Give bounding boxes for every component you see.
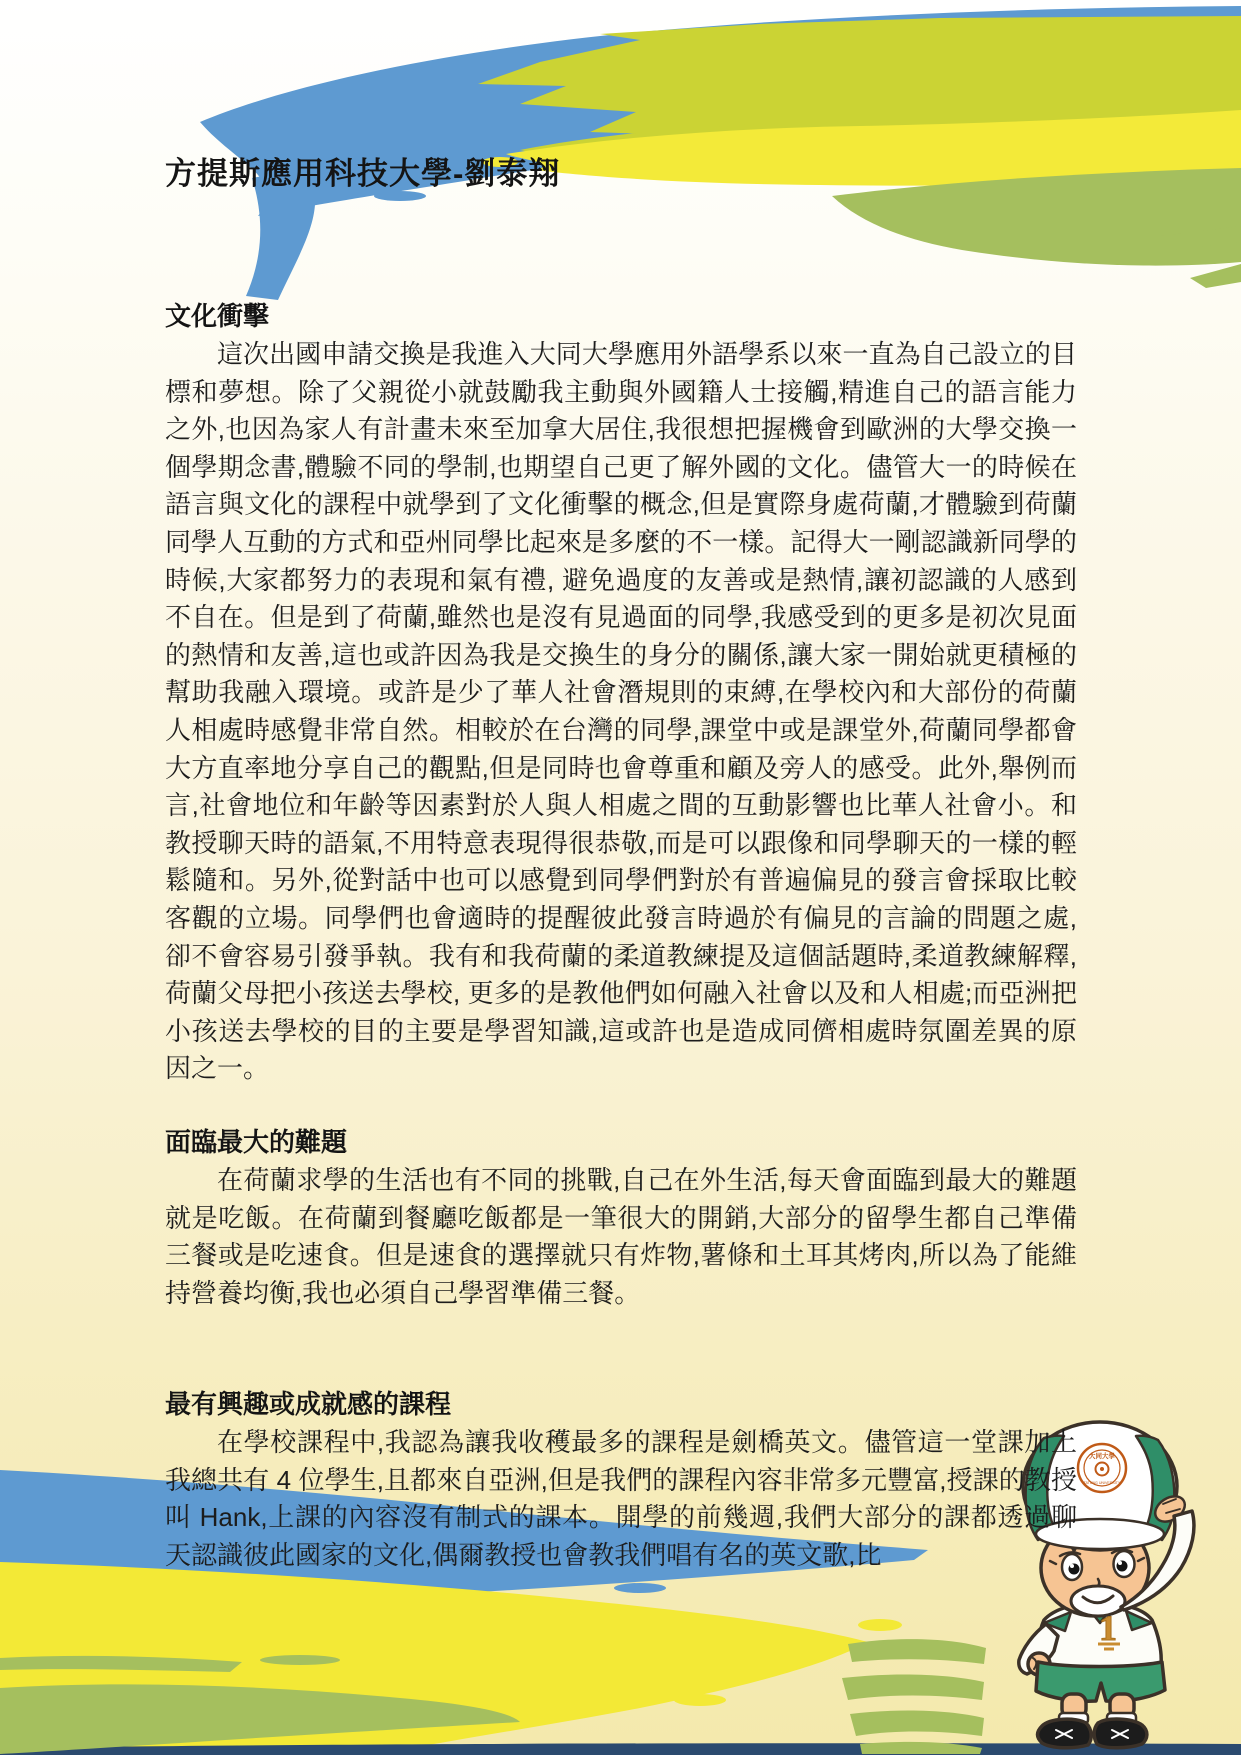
- document-content: 方提斯應用科技大學-劉泰翔 文化衝擊 這次出國申請交換是我進入大同大學應用外語學…: [0, 0, 1241, 1755]
- section-paragraph-culture-shock: 這次出國申請交換是我進入大同大學應用外語學系以來一直為自己設立的目標和夢想。除了…: [165, 336, 1077, 1088]
- section-heading-biggest-challenge: 面臨最大的難題: [165, 1122, 347, 1159]
- section-heading-favorite-course: 最有興趣或成就感的課程: [165, 1384, 451, 1421]
- section-paragraph-favorite-course: 在學校課程中,我認為讓我收穫最多的課程是劍橋英文。儘管這一堂課加上我總共有 4 …: [165, 1424, 1077, 1574]
- page-title: 方提斯應用科技大學-劉泰翔: [165, 148, 560, 193]
- document-page: 大同大學 TATUNG UNIVERSITY 1 方提斯應用科技大學-劉泰翔 文…: [0, 0, 1241, 1755]
- section-paragraph-biggest-challenge: 在荷蘭求學的生活也有不同的挑戰,自己在外生活,每天會面臨到最大的難題就是吃飯。在…: [165, 1162, 1077, 1312]
- section-heading-culture-shock: 文化衝擊: [165, 296, 269, 333]
